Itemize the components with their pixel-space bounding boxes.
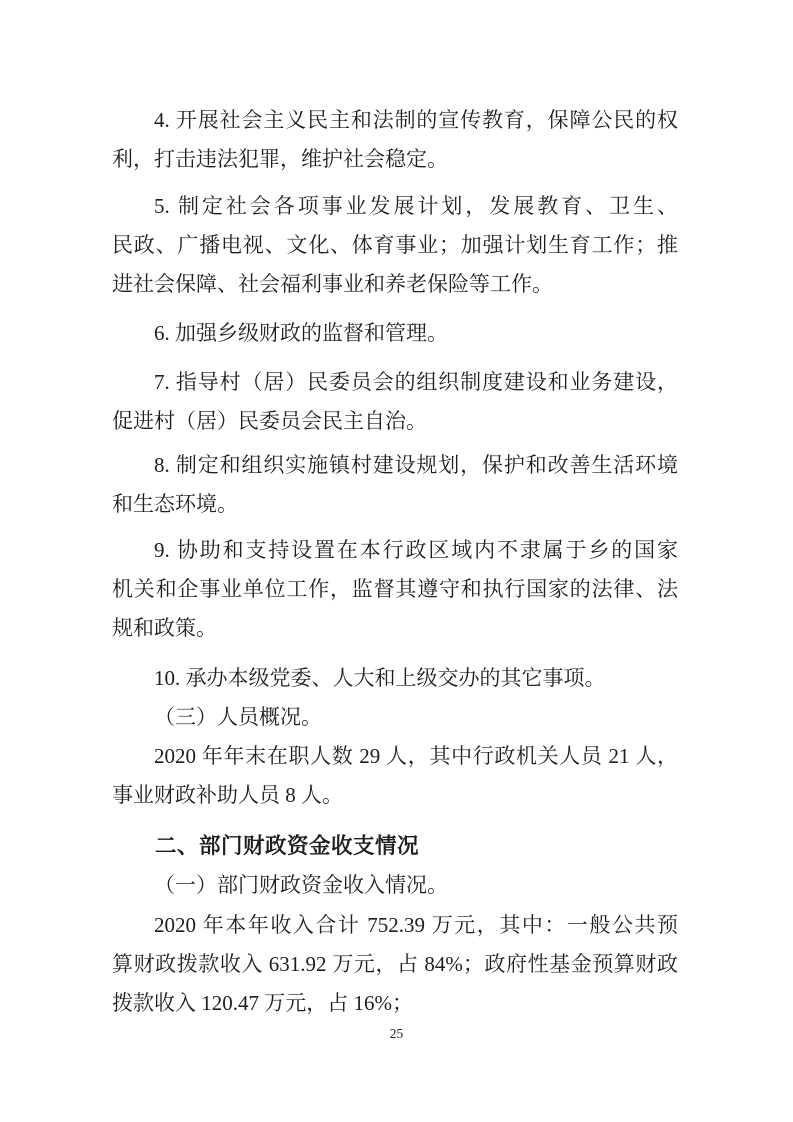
income-stats: 2020 年本年收入合计 752.39 万元，其中：一般公共预算财政拨款收入 6… xyxy=(112,906,678,1023)
text-line: 2020 年年末在职人数 29 人，其中行政机关人员 21 人， xyxy=(112,737,678,776)
item-6: 6. 加强乡级财政的监督和管理。 xyxy=(112,314,678,353)
text-line: 6. 加强乡级财政的监督和管理。 xyxy=(112,314,678,353)
page-footer: 25 xyxy=(0,1025,793,1043)
text-line: 规和政策。 xyxy=(112,609,678,648)
item-8: 8. 制定和组织实施镇村建设规划，保护和改善生活环境和生态环境。 xyxy=(112,446,678,524)
text-line: 算财政拨款收入 631.92 万元，占 84%；政府性基金预算财政 xyxy=(112,945,678,984)
item-5: 5. 制定社会各项事业发展计划，发展教育、卫生、科技、民政、广播电视、文化、体育… xyxy=(112,187,678,304)
text-line: 4. 开展社会主义民主和法制的宣传教育，保障公民的权 xyxy=(112,101,678,140)
text-line: 2020 年本年收入合计 752.39 万元，其中：一般公共预 xyxy=(112,906,678,945)
page-number: 25 xyxy=(390,1026,404,1041)
page-content: 4. 开展社会主义民主和法制的宣传教育，保障公民的权利，打击违法犯罪，维护社会稳… xyxy=(112,101,678,1023)
text-line: （一）部门财政资金收入情况。 xyxy=(112,866,678,905)
text-line: 促进村（居）民委员会民主自治。 xyxy=(112,402,678,441)
document-page: 4. 开展社会主义民主和法制的宣传教育，保障公民的权利，打击违法犯罪，维护社会稳… xyxy=(0,0,793,1122)
subsection-three-personnel: （三）人员概况。 xyxy=(112,698,678,737)
text-line: 9. 协助和支持设置在本行政区域内不隶属于乡的国家 xyxy=(112,531,678,570)
text-line: 民政、广播电视、文化、体育事业；加强计划生育工作；推 xyxy=(112,226,678,265)
personnel-stats: 2020 年年末在职人数 29 人，其中行政机关人员 21 人，事业财政补助人员… xyxy=(112,737,678,815)
section-two-heading: 二、部门财政资金收支情况 xyxy=(112,826,678,866)
text-line: 机关和企事业单位工作，监督其遵守和执行国家的法律、法 xyxy=(112,570,678,609)
text-line: 拨款收入 120.47 万元，占 16%； xyxy=(112,984,678,1023)
text-line: 进社会保障、社会福利事业和养老保险等工作。 xyxy=(112,265,678,304)
item-7: 7. 指导村（居）民委员会的组织制度建设和业务建设，促进村（居）民委员会民主自治… xyxy=(112,363,678,441)
text-line: 和生态环境。 xyxy=(112,485,678,524)
text-line: 二、部门财政资金收支情况 xyxy=(112,826,678,866)
subsection-one-income: （一）部门财政资金收入情况。 xyxy=(112,866,678,905)
item-4: 4. 开展社会主义民主和法制的宣传教育，保障公民的权利，打击违法犯罪，维护社会稳… xyxy=(112,101,678,179)
text-line: 7. 指导村（居）民委员会的组织制度建设和业务建设， xyxy=(112,363,678,402)
text-line: 8. 制定和组织实施镇村建设规划，保护和改善生活环境 xyxy=(112,446,678,485)
text-line: 5. 制定社会各项事业发展计划，发展教育、卫生、科技、 xyxy=(112,187,678,226)
text-line: 事业财政补助人员 8 人。 xyxy=(112,776,678,815)
text-line: 利，打击违法犯罪，维护社会稳定。 xyxy=(112,140,678,179)
item-9: 9. 协助和支持设置在本行政区域内不隶属于乡的国家机关和企事业单位工作，监督其遵… xyxy=(112,531,678,648)
item-10: 10. 承办本级党委、人大和上级交办的其它事项。 xyxy=(112,659,678,698)
text-line: 10. 承办本级党委、人大和上级交办的其它事项。 xyxy=(112,659,678,698)
text-line: （三）人员概况。 xyxy=(112,698,678,737)
